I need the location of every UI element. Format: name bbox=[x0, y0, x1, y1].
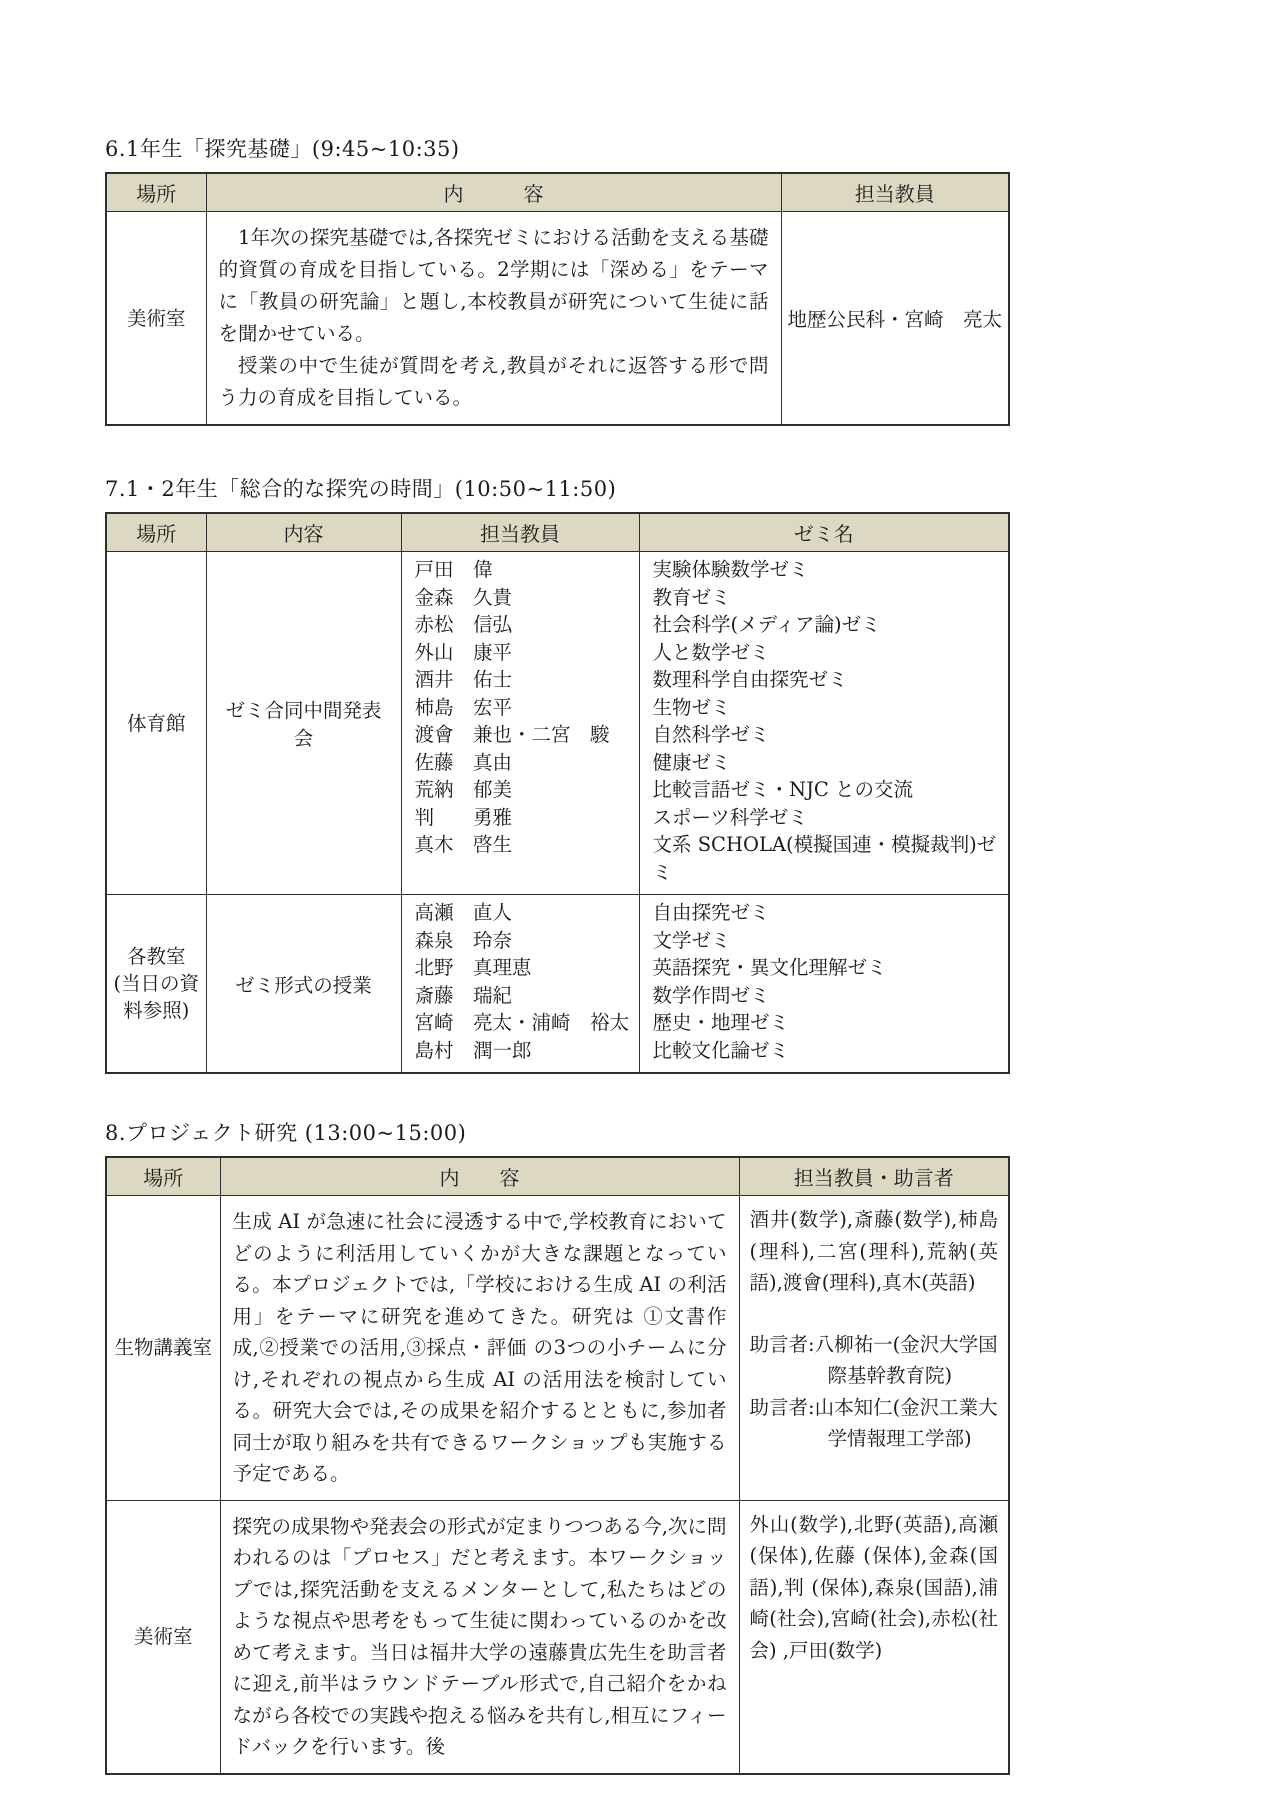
paragraph: 生成 AI が急速に社会に浸透する中で,学校教育においてどのように利活用していく… bbox=[233, 1206, 727, 1490]
col-header-place: 場所 bbox=[106, 513, 206, 552]
section-7-title: 7.1・2年生「総合的な探究の時間」(10:50~11:50) bbox=[105, 473, 1280, 503]
place-cell: 生物講義室 bbox=[106, 1196, 220, 1501]
teacher-list-cell: 高瀬 直人森泉 玲奈北野 真理恵斎藤 瑞紀宮崎 亮太・浦崎 裕太島村 潤一郎 bbox=[401, 895, 639, 1074]
col-header-content: 内 容 bbox=[220, 1157, 739, 1196]
advisor-line: 助言者:山本知仁(金沢工業大学情報理工学部) bbox=[750, 1392, 999, 1455]
advisor-line: 助言者:八柳祐一(金沢大学国際基幹教育院) bbox=[750, 1329, 999, 1392]
table-header-row: 場所 内 容 担当教員 bbox=[106, 173, 1009, 212]
col-header-teacher: 担当教員・助言者 bbox=[739, 1157, 1009, 1196]
teacher-cell: 地歴公民科・宮崎 亮太 bbox=[781, 212, 1009, 426]
seminar-list-cell: 自由探究ゼミ文学ゼミ英語探究・異文化理解ゼミ数学作問ゼミ歴史・地理ゼミ比較文化論… bbox=[639, 895, 1009, 1074]
col-header-seminar: ゼミ名 bbox=[639, 513, 1009, 552]
advisor-list: 助言者:八柳祐一(金沢大学国際基幹教育院) 助言者:山本知仁(金沢工業大学情報理… bbox=[750, 1329, 999, 1455]
section-7-table: 場所 内容 担当教員 ゼミ名 体育館 ゼミ合同中間発表会 戸田 偉金森 久貴赤松… bbox=[105, 512, 1010, 1074]
section-8: 8.プロジェクト研究 (13:00~15:00) 場所 内 容 担当教員・助言者… bbox=[105, 1117, 1280, 1775]
place-cell: 体育館 bbox=[106, 552, 206, 895]
place-cell: 美術室 bbox=[106, 1500, 220, 1774]
teacher-names: 酒井(数学),斎藤(数学),柿島(理科),二宮(理科),荒納(英語),渡會(理科… bbox=[750, 1204, 999, 1299]
col-header-teacher: 担当教員 bbox=[401, 513, 639, 552]
seminar-list-cell: 実験体験数学ゼミ教育ゼミ社会科学(メディア論)ゼミ人と数学ゼミ数理科学自由探究ゼ… bbox=[639, 552, 1009, 895]
table-row: 美術室 1年次の探究基礎では,各探究ゼミにおける活動を支える基礎的資質の育成を目… bbox=[106, 212, 1009, 426]
col-header-place: 場所 bbox=[106, 1157, 220, 1196]
content-cell: ゼミ合同中間発表会 bbox=[206, 552, 401, 895]
col-header-teacher: 担当教員 bbox=[781, 173, 1009, 212]
section-6-table: 場所 内 容 担当教員 美術室 1年次の探究基礎では,各探究ゼミにおける活動を支… bbox=[105, 172, 1010, 426]
content-cell: ゼミ形式の授業 bbox=[206, 895, 401, 1074]
table-header-row: 場所 内 容 担当教員・助言者 bbox=[106, 1157, 1009, 1196]
teacher-advisor-cell: 酒井(数学),斎藤(数学),柿島(理科),二宮(理科),荒納(英語),渡會(理科… bbox=[739, 1196, 1009, 1501]
col-header-content: 内 容 bbox=[206, 173, 781, 212]
paragraph: 授業の中で生徒が質問を考え,教員がそれに返答する形で問う力の育成を目指している。 bbox=[219, 350, 769, 414]
section-7: 7.1・2年生「総合的な探究の時間」(10:50~11:50) 場所 内容 担当… bbox=[105, 473, 1280, 1074]
section-8-table: 場所 内 容 担当教員・助言者 生物講義室 生成 AI が急速に社会に浸透する中… bbox=[105, 1156, 1010, 1775]
place-cell: 美術室 bbox=[106, 212, 206, 426]
col-header-content: 内容 bbox=[206, 513, 401, 552]
section-8-title: 8.プロジェクト研究 (13:00~15:00) bbox=[105, 1117, 1280, 1147]
paragraph: 1年次の探究基礎では,各探究ゼミにおける活動を支える基礎的資質の育成を目指してい… bbox=[219, 222, 769, 350]
place-cell: 各教室(当日の資料参照) bbox=[106, 895, 206, 1074]
teacher-advisor-cell: 外山(数学),北野(英語),高瀬(保体),佐藤 (保体),金森(国語),判 (保… bbox=[739, 1500, 1009, 1774]
table-row: 各教室(当日の資料参照) ゼミ形式の授業 高瀬 直人森泉 玲奈北野 真理恵斎藤 … bbox=[106, 895, 1009, 1074]
content-cell: 生成 AI が急速に社会に浸透する中で,学校教育においてどのように利活用していく… bbox=[220, 1196, 739, 1501]
content-cell: 探究の成果物や発表会の形式が定まりつつある今,次に問われるのは「プロセス」だと考… bbox=[220, 1500, 739, 1774]
table-row: 生物講義室 生成 AI が急速に社会に浸透する中で,学校教育においてどのように利… bbox=[106, 1196, 1009, 1501]
section-6-title: 6.1年生「探究基礎」(9:45~10:35) bbox=[105, 133, 1280, 163]
section-6: 6.1年生「探究基礎」(9:45~10:35) 場所 内 容 担当教員 美術室 … bbox=[105, 133, 1280, 426]
teacher-list-cell: 戸田 偉金森 久貴赤松 信弘外山 康平酒井 佑士柿島 宏平渡會 兼也・二宮 駿佐… bbox=[401, 552, 639, 895]
table-row: 美術室 探究の成果物や発表会の形式が定まりつつある今,次に問われるのは「プロセス… bbox=[106, 1500, 1009, 1774]
content-cell: 1年次の探究基礎では,各探究ゼミにおける活動を支える基礎的資質の育成を目指してい… bbox=[206, 212, 781, 426]
document-page: 6.1年生「探究基礎」(9:45~10:35) 場所 内 容 担当教員 美術室 … bbox=[0, 0, 1280, 1775]
table-row: 体育館 ゼミ合同中間発表会 戸田 偉金森 久貴赤松 信弘外山 康平酒井 佑士柿島… bbox=[106, 552, 1009, 895]
teacher-names: 外山(数学),北野(英語),高瀬(保体),佐藤 (保体),金森(国語),判 (保… bbox=[750, 1509, 999, 1667]
col-header-place: 場所 bbox=[106, 173, 206, 212]
paragraph: 探究の成果物や発表会の形式が定まりつつある今,次に問われるのは「プロセス」だと考… bbox=[233, 1511, 727, 1763]
table-header-row: 場所 内容 担当教員 ゼミ名 bbox=[106, 513, 1009, 552]
